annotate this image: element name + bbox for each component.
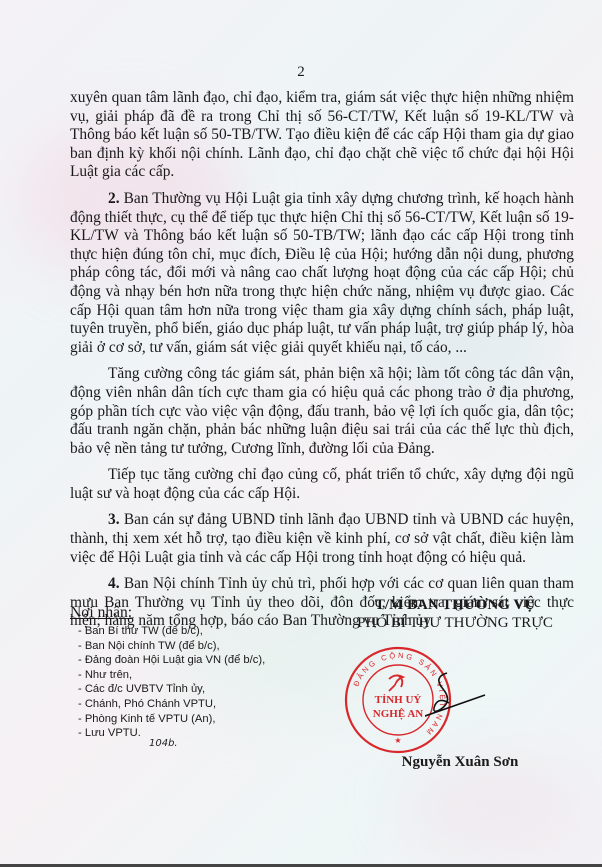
hammer-sickle-icon xyxy=(389,675,403,691)
recipient-item: Ban Bí thư TW (để b/c), xyxy=(78,624,330,639)
signer-name: Nguyễn Xuân Sơn xyxy=(330,754,590,771)
recipient-item: Các đ/c UVBTV Tỉnh ủy, xyxy=(78,682,330,697)
stamp-center-line2: NGHỆ AN xyxy=(373,707,423,720)
paragraph-item-2: 2. Ban Thường vụ Hội Luật gia tỉnh xây d… xyxy=(70,190,574,357)
handwritten-signature-icon xyxy=(425,665,505,735)
recipient-item: Chánh, Phó Chánh VPTU, xyxy=(78,697,330,712)
signature-authority: T/M BAN THƯỜNG VỤ xyxy=(330,596,580,614)
recipient-item: Như trên, xyxy=(78,668,330,683)
paragraph-item-3: 3. Ban cán sự đảng UBND tỉnh lãnh đạo UB… xyxy=(70,511,574,567)
recipients-title: Nơi nhận: xyxy=(70,604,330,622)
recipient-item: Phòng Kinh tế VPTU (An), xyxy=(78,712,330,727)
stamp-center-line1: TỈNH UỶ xyxy=(375,694,422,706)
background-wash xyxy=(400,760,580,850)
document-body: xuyên quan tâm lãnh đạo, chỉ đạo, kiểm t… xyxy=(70,89,574,639)
paragraph-continuation: xuyên quan tâm lãnh đạo, chỉ đạo, kiểm t… xyxy=(70,89,574,182)
recipient-item: Đảng đoàn Hội Luật gia VN (để b/c), xyxy=(78,653,330,668)
signature-title: PHÓ BÍ THƯ THƯỜNG TRỰC xyxy=(330,614,580,632)
page-number: 2 xyxy=(0,64,602,81)
recipients-block: Nơi nhận: Ban Bí thư TW (để b/c), Ban Nộ… xyxy=(70,604,330,741)
recipient-item: Ban Nội chính TW (để b/c), xyxy=(78,639,330,654)
signature-block: T/M BAN THƯỜNG VỤ PHÓ BÍ THƯ THƯỜNG TRỰC xyxy=(330,596,580,632)
handwritten-note: 104b. xyxy=(149,738,178,749)
recipients-list: Ban Bí thư TW (để b/c), Ban Nội chính TW… xyxy=(70,624,330,741)
paragraph-supervision: Tăng cường công tác giám sát, phản biện … xyxy=(70,365,574,458)
star-icon: ★ xyxy=(394,736,401,745)
recipient-item: Lưu VPTU. xyxy=(78,726,330,741)
paragraph-organization: Tiếp tục tăng cường chỉ đạo củng cố, phá… xyxy=(70,466,574,503)
